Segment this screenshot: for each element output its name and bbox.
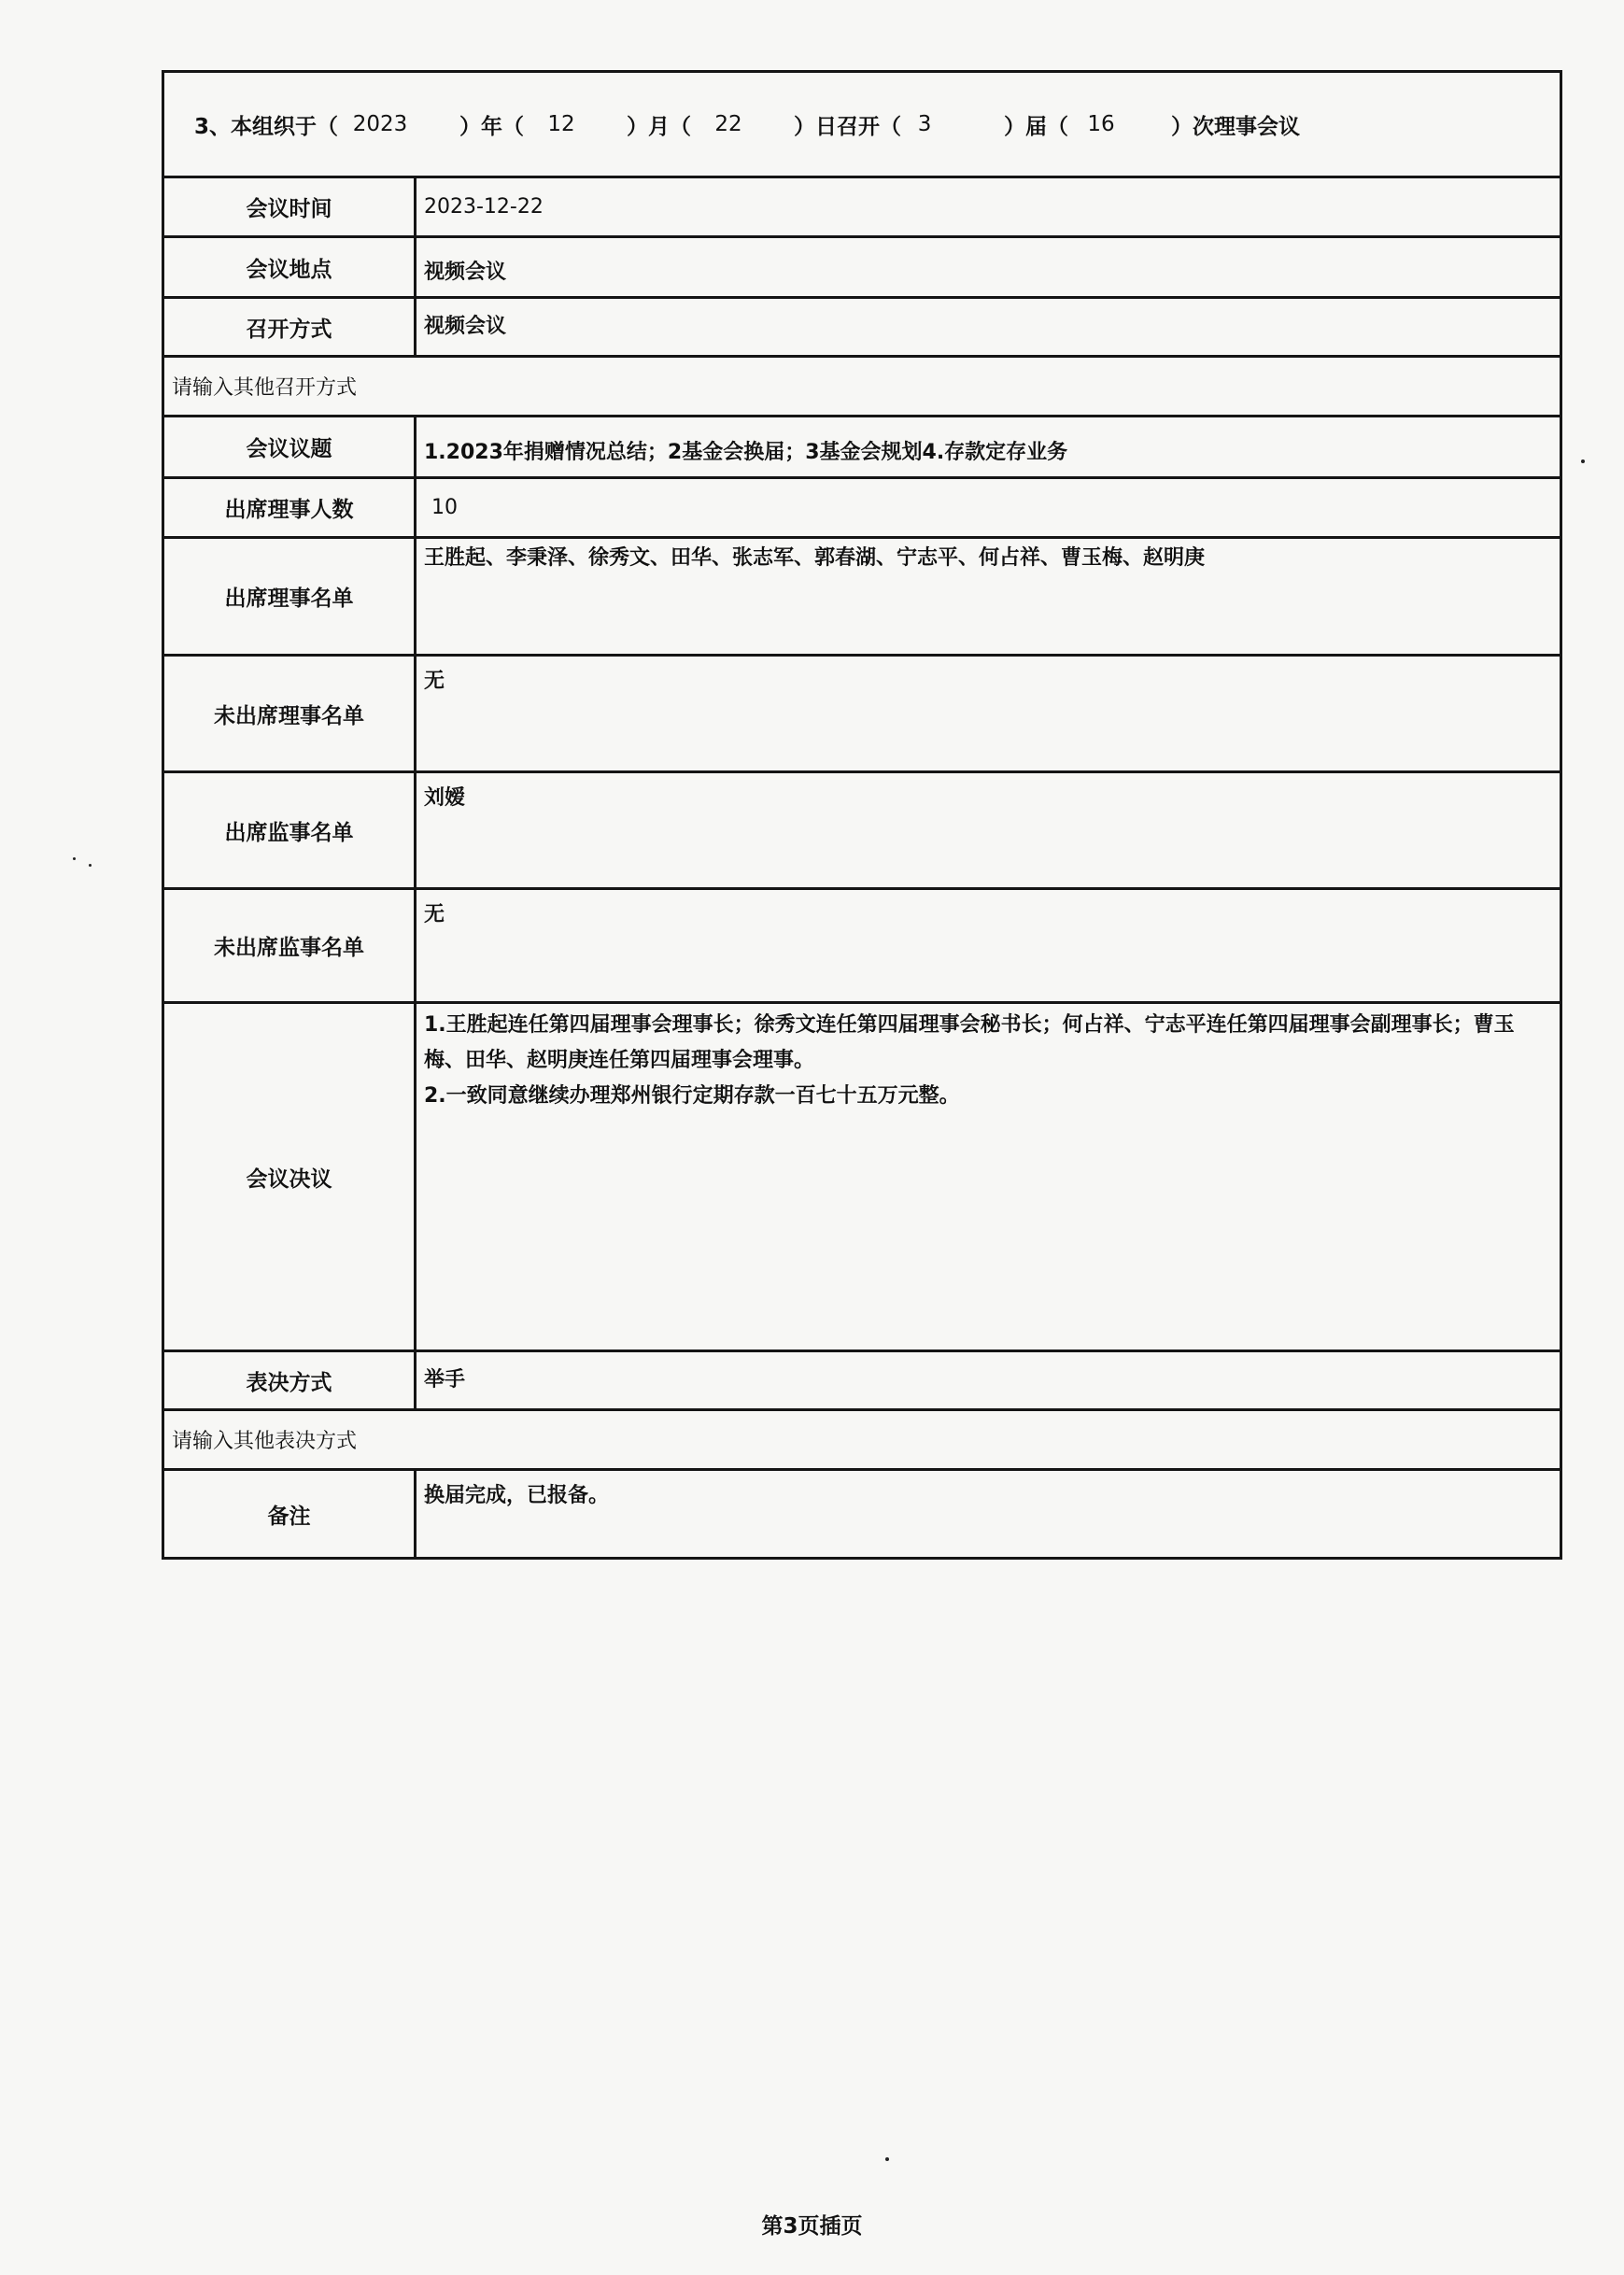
meeting-place-value: 视频会议 bbox=[417, 238, 1560, 296]
agenda-value: 1.2023年捐赠情况总结；2基金会换届；3基金会规划4.存款定存业务 bbox=[417, 417, 1560, 476]
resolution-1: 1.王胜起连任第四届理事会理事长；徐秀文连任第四届理事会秘书长；何占祥、宁志平连… bbox=[424, 1008, 1552, 1079]
page-footer: 第3页插页 bbox=[0, 2209, 1624, 2240]
header-month: 12 bbox=[524, 112, 599, 136]
row-directors-count: 出席理事人数 10 bbox=[164, 479, 1560, 539]
row-meeting-mode: 召开方式 视频会议 bbox=[164, 299, 1560, 358]
row-directors-present: 出席理事名单 王胜起、李秉泽、徐秀文、田华、张志军、郭春湖、宁志平、何占祥、曹玉… bbox=[164, 539, 1560, 657]
directors-absent-value: 无 bbox=[417, 657, 1560, 770]
remarks-value: 换届完成，已报备。 bbox=[417, 1471, 1560, 1557]
row-supervisors-absent: 未出席监事名单 无 bbox=[164, 890, 1560, 1004]
meeting-header: 3、本组织于（ 2023 ）年（ 12 ）月（ 22 ）日召开（ 3 ）届（ 1… bbox=[164, 73, 1560, 178]
header-day-suffix: ）日召开（ bbox=[794, 109, 901, 140]
scan-speck bbox=[89, 864, 92, 867]
row-remarks: 备注 换届完成，已报备。 bbox=[164, 1471, 1560, 1557]
header-year-suffix: ）年（ bbox=[459, 109, 524, 140]
meeting-record-table: 3、本组织于（ 2023 ）年（ 12 ）月（ 22 ）日召开（ 3 ）届（ 1… bbox=[162, 70, 1562, 1560]
row-supervisors-present: 出席监事名单 刘嫒 bbox=[164, 773, 1560, 890]
other-voting-prompt: 请输入其他表决方式 bbox=[164, 1411, 1560, 1468]
header-meeting-no: 16 bbox=[1068, 112, 1134, 136]
directors-count-label: 出席理事人数 bbox=[164, 479, 417, 536]
directors-present-value: 王胜起、李秉泽、徐秀文、田华、张志军、郭春湖、宁志平、何占祥、曹玉梅、赵明庚 bbox=[417, 539, 1560, 654]
voting-method-value: 举手 bbox=[417, 1352, 1560, 1408]
meeting-mode-label: 召开方式 bbox=[164, 299, 417, 355]
scan-speck bbox=[885, 2157, 889, 2161]
row-meeting-time: 会议时间 2023-12-22 bbox=[164, 178, 1560, 238]
row-other-voting: 请输入其他表决方式 bbox=[164, 1411, 1560, 1471]
scan-speck bbox=[1581, 459, 1585, 463]
agenda-label: 会议议题 bbox=[164, 417, 417, 476]
row-directors-absent: 未出席理事名单 无 bbox=[164, 657, 1560, 773]
header-day: 22 bbox=[691, 112, 766, 136]
supervisors-present-label: 出席监事名单 bbox=[164, 773, 417, 887]
meeting-time-label: 会议时间 bbox=[164, 178, 417, 235]
resolutions-value: 1.王胜起连任第四届理事会理事长；徐秀文连任第四届理事会秘书长；何占祥、宁志平连… bbox=[417, 1004, 1560, 1349]
supervisors-present-value: 刘嫒 bbox=[417, 773, 1560, 887]
directors-present-label: 出席理事名单 bbox=[164, 539, 417, 654]
header-year: 2023 bbox=[338, 112, 422, 136]
page-label: 第3页插页 bbox=[761, 2214, 862, 2239]
voting-method-label: 表决方式 bbox=[164, 1352, 417, 1408]
row-other-mode: 请输入其他召开方式 bbox=[164, 358, 1560, 417]
meeting-mode-value: 视频会议 bbox=[417, 299, 1560, 355]
row-meeting-place: 会议地点 视频会议 bbox=[164, 238, 1560, 299]
resolutions-label: 会议决议 bbox=[164, 1004, 417, 1349]
row-agenda: 会议议题 1.2023年捐赠情况总结；2基金会换届；3基金会规划4.存款定存业务 bbox=[164, 417, 1560, 479]
header-meeting-suffix: ）次理事会议 bbox=[1171, 109, 1300, 140]
scan-speck bbox=[73, 857, 76, 860]
header-session-suffix: ）届（ bbox=[1004, 109, 1068, 140]
header-prefix: 3、本组织于（ bbox=[194, 109, 338, 140]
remarks-label: 备注 bbox=[164, 1471, 417, 1557]
directors-count-value: 10 bbox=[417, 479, 1560, 536]
meeting-place-label: 会议地点 bbox=[164, 238, 417, 296]
resolution-2: 2.一致同意继续办理郑州银行定期存款一百七十五万元整。 bbox=[424, 1079, 1552, 1114]
supervisors-absent-value: 无 bbox=[417, 890, 1560, 1001]
row-voting-method: 表决方式 举手 bbox=[164, 1352, 1560, 1411]
directors-absent-label: 未出席理事名单 bbox=[164, 657, 417, 770]
row-resolutions: 会议决议 1.王胜起连任第四届理事会理事长；徐秀文连任第四届理事会秘书长；何占祥… bbox=[164, 1004, 1560, 1352]
header-month-suffix: ）月（ bbox=[627, 109, 691, 140]
other-mode-prompt: 请输入其他召开方式 bbox=[164, 358, 1560, 415]
meeting-time-value: 2023-12-22 bbox=[417, 178, 1560, 235]
header-session: 3 bbox=[901, 112, 948, 136]
supervisors-absent-label: 未出席监事名单 bbox=[164, 890, 417, 1001]
